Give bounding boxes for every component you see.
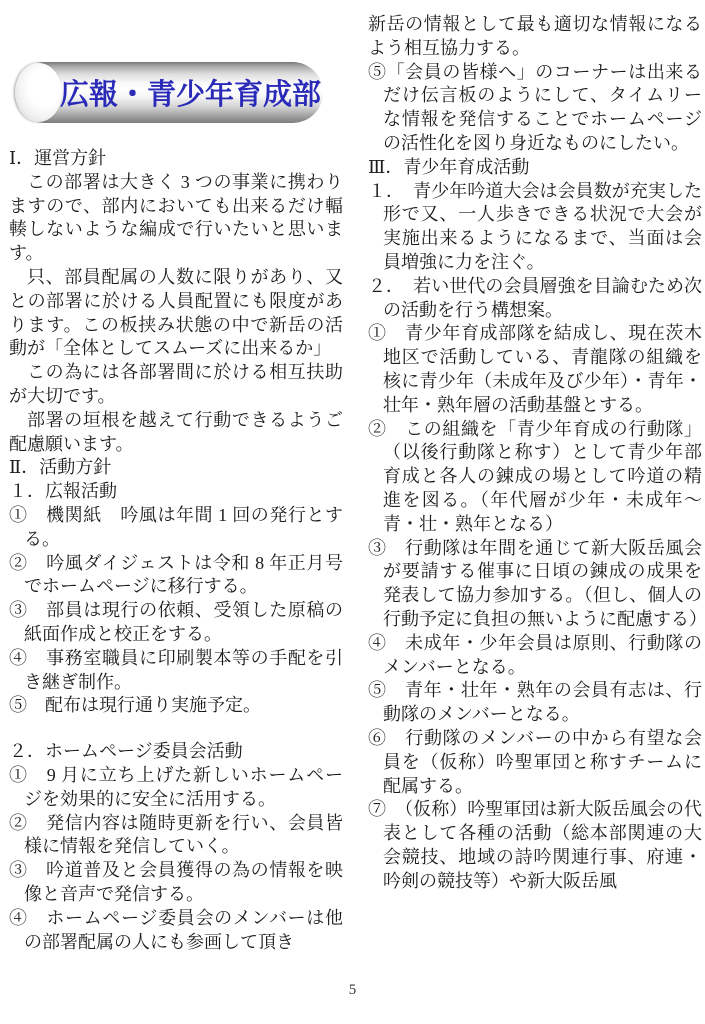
section-1-heading: Ⅰ．運営方針 — [9, 147, 343, 171]
section-2-heading: Ⅱ．活動方針 — [9, 456, 343, 480]
list-item: ① 9 月に立ち上げた新しいホームページを効果的に安全に活用する。 — [9, 764, 343, 812]
list-item: ④ 未成年・少年会員は原則、行動隊のメンバーとなる。 — [368, 632, 702, 680]
list-item: ③ 行動隊は年間を通じて新大阪岳風会が要請する催事に日頃の錬成の成果を発表して協… — [368, 537, 702, 632]
list-item: ⑥ 行動隊のメンバーの中から有望な会員を（仮称）吟聖軍団と称すチームに配属する。 — [368, 727, 702, 798]
continuation-paragraph: 新岳の情報として最も適切な情報になるよう相互協力する。 — [368, 13, 702, 61]
left-column: Ⅰ．運営方針 この部署は大きく 3 つの事業に携わりますので、部内においても出来… — [9, 147, 343, 954]
list-item: ② この組織を「青少年育成の行動隊」（以後行動隊と称す）として青少年部育成と各人… — [368, 418, 702, 537]
subsection-1-heading: １．広報活動 — [9, 480, 343, 504]
list-item: ④ 事務室職員に印刷製本等の手配を引き継ぎ制作。 — [9, 647, 343, 695]
numbered-item: １． 青少年吟道大会は会員数が充実した形で又、一人歩きできる状況で大会が実施出来… — [368, 180, 702, 275]
page-title: 広報・青少年育成部 — [66, 62, 315, 123]
page-number: 5 — [0, 982, 705, 999]
section-1-paragraph: 只、部員配属の人数に限りがあり、又との部署に於ける人員配置にも限度があります。こ… — [9, 266, 343, 361]
section-3-heading: Ⅲ．青少年育成活動 — [368, 156, 702, 180]
list-item: ① 機関紙 吟風は年間 1 回の発行とする。 — [9, 504, 343, 552]
document-page: 広報・青少年育成部 Ⅰ．運営方針 この部署は大きく 3 つの事業に携わりますので… — [0, 0, 705, 1024]
right-column: 新岳の情報として最も適切な情報になるよう相互協力する。 ⑤「会員の皆様へ」のコー… — [368, 13, 702, 893]
list-item: ② 発信内容は随時更新を行い、会員皆様に情報を発信していく。 — [9, 812, 343, 860]
list-item: ③ 部員は現行の依頼、受領した原稿の紙面作成と校正をする。 — [9, 599, 343, 647]
title-banner: 広報・青少年育成部 — [14, 62, 323, 123]
section-1-paragraph: この部署は大きく 3 つの事業に携わりますので、部内においても出来るだけ輻輳しな… — [9, 171, 343, 266]
list-item: ② 吟風ダイジェストは令和 8 年正月号でホームページに移行する。 — [9, 552, 343, 600]
list-item: ⑤「会員の皆様へ」のコーナーは出来るだけ伝言板のようにして、タイムリーな情報を発… — [368, 61, 702, 156]
section-1-paragraph: この為には各部署間に於ける相互扶助が大切です。 — [9, 361, 343, 409]
numbered-item: ２． 若い世代の会員層強を目論むため次の活動を行う構想案。 — [368, 275, 702, 323]
list-item: ⑤ 配布は現行通り実施予定。 — [9, 694, 343, 718]
subsection-2-heading: ２．ホームページ委員会活動 — [9, 740, 343, 764]
list-item: ⑦ （仮称）吟聖軍団は新大阪岳風会の代表として各種の活動（総本部関連の大会競技、… — [368, 798, 702, 893]
list-item: ① 青少年育成部隊を結成し、現在茨木地区で活動している、青龍隊の組織を核に青少年… — [368, 322, 702, 417]
list-item: ③ 吟道普及と会員獲得の為の情報を映像と音声で発信する。 — [9, 859, 343, 907]
list-item: ④ ホームページ委員会のメンバーは他の部署配属の人にも参画して頂き — [9, 907, 343, 955]
banner-cylinder-cap — [15, 63, 62, 122]
section-1-paragraph: 部署の垣根を越えて行動できるようご配慮願います。 — [9, 409, 343, 457]
list-item: ⑤ 青年・壮年・熟年の会員有志は、行動隊のメンバーとなる。 — [368, 679, 702, 727]
